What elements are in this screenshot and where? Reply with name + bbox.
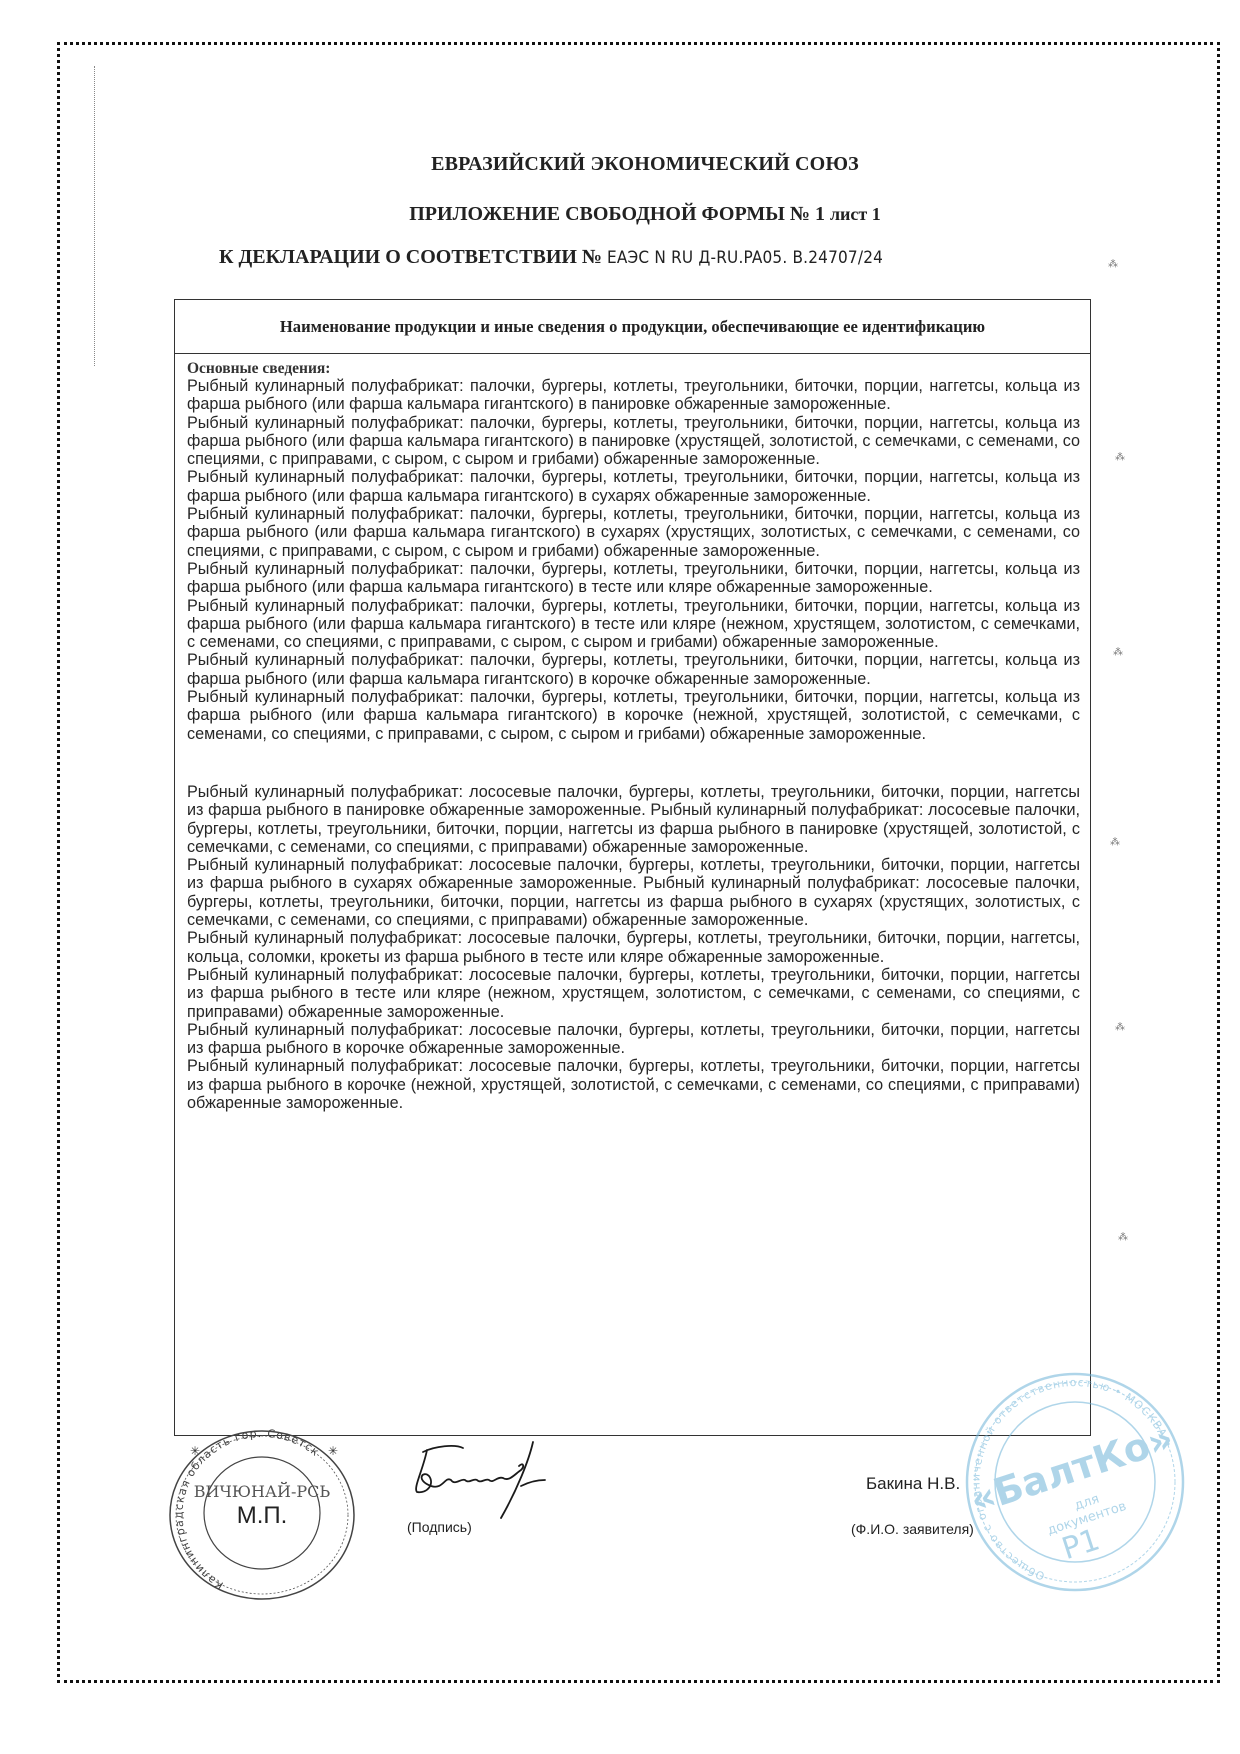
product-description: Рыбный кулинарный полуфабрикат: палочки,… — [187, 468, 1080, 505]
product-description: Рыбный кулинарный полуфабрикат: палочки,… — [187, 560, 1080, 597]
scan-margin-rule — [94, 66, 95, 366]
company-stamp-right: Общество с ограниченной ответственностью… — [960, 1370, 1190, 1595]
product-description: Рыбный кулинарный полуфабрикат: лососевы… — [187, 1057, 1080, 1112]
seal-mp-label: М.П. — [237, 1502, 288, 1529]
appendix-form-number: ПРИЛОЖЕНИЕ СВОБОДНОЙ ФОРМЫ № 1 — [409, 203, 825, 225]
product-description: Рыбный кулинарный полуфабрикат: лососевы… — [187, 966, 1080, 1021]
declaration-prefix: К ДЕКЛАРАЦИИ О СООТВЕТСТВИИ № — [219, 246, 602, 268]
product-description: Рыбный кулинарный полуфабрикат: палочки,… — [187, 651, 1080, 688]
product-group-2: Рыбный кулинарный полуфабрикат: лососевы… — [187, 783, 1080, 1112]
signature-label: (Подпись) — [407, 1519, 472, 1535]
declaration-number: ЕАЭС N RU Д-RU.PA05. B.24707/24 — [607, 248, 883, 268]
appendix-sheet: лист 1 — [830, 204, 881, 224]
product-description: Рыбный кулинарный полуфабрикат: лососевы… — [187, 1021, 1080, 1058]
section-label: Основные сведения: — [187, 360, 1080, 377]
declaration-title: К ДЕКЛАРАЦИИ О СООТВЕТСТВИИ № ЕАЭС N RU … — [219, 246, 979, 269]
table-heading: Наименование продукции и иные сведения о… — [175, 300, 1090, 354]
svg-text:✳: ✳ — [190, 1444, 200, 1458]
union-title: ЕВРАЗИЙСКИЙ ЭКОНОМИЧЕСКИЙ СОЮЗ — [305, 153, 985, 176]
group-gap — [187, 743, 1080, 783]
svg-text:ВИЧЮНАЙ-РСЬ: ВИЧЮНАЙ-РСЬ — [194, 1481, 331, 1501]
scan-speck: ⁂ — [1113, 650, 1119, 656]
applicant-label: (Ф.И.О. заявителя) — [851, 1521, 974, 1537]
product-description: Рыбный кулинарный полуфабрикат: палочки,… — [187, 597, 1080, 652]
product-info-table: Наименование продукции и иные сведения о… — [174, 299, 1091, 1436]
scan-speck: ⁂ — [1110, 840, 1116, 846]
product-description: Рыбный кулинарный полуфабрикат: палочки,… — [187, 377, 1080, 414]
product-description: Рыбный кулинарный полуфабрикат: лососевы… — [187, 783, 1080, 856]
product-description: Рыбный кулинарный полуфабрикат: палочки,… — [187, 505, 1080, 560]
table-body: Основные сведения: Рыбный кулинарный пол… — [175, 354, 1090, 1112]
scan-speck: ⁂ — [1115, 1025, 1121, 1031]
product-group-1: Рыбный кулинарный полуфабрикат: палочки,… — [187, 377, 1080, 743]
scan-speck: ⁂ — [1115, 455, 1121, 461]
product-description: Рыбный кулинарный полуфабрикат: палочки,… — [187, 688, 1080, 743]
product-description: Рыбный кулинарный полуфабрикат: лососевы… — [187, 929, 1080, 966]
product-description: Рыбный кулинарный полуфабрикат: лососевы… — [187, 856, 1080, 929]
appendix-title: ПРИЛОЖЕНИЕ СВОБОДНОЙ ФОРМЫ № 1 лист 1 — [305, 203, 985, 226]
product-description: Рыбный кулинарный полуфабрикат: палочки,… — [187, 414, 1080, 469]
applicant-name: Бакина Н.В. — [866, 1474, 960, 1494]
svg-text:✳: ✳ — [328, 1444, 338, 1458]
scan-speck: ⁂ — [1108, 262, 1114, 268]
seal-stamp-left: Калининградская область гор. Советск ВИЧ… — [160, 1425, 365, 1605]
scan-speck: ⁂ — [1118, 1235, 1124, 1241]
signature — [405, 1440, 580, 1520]
